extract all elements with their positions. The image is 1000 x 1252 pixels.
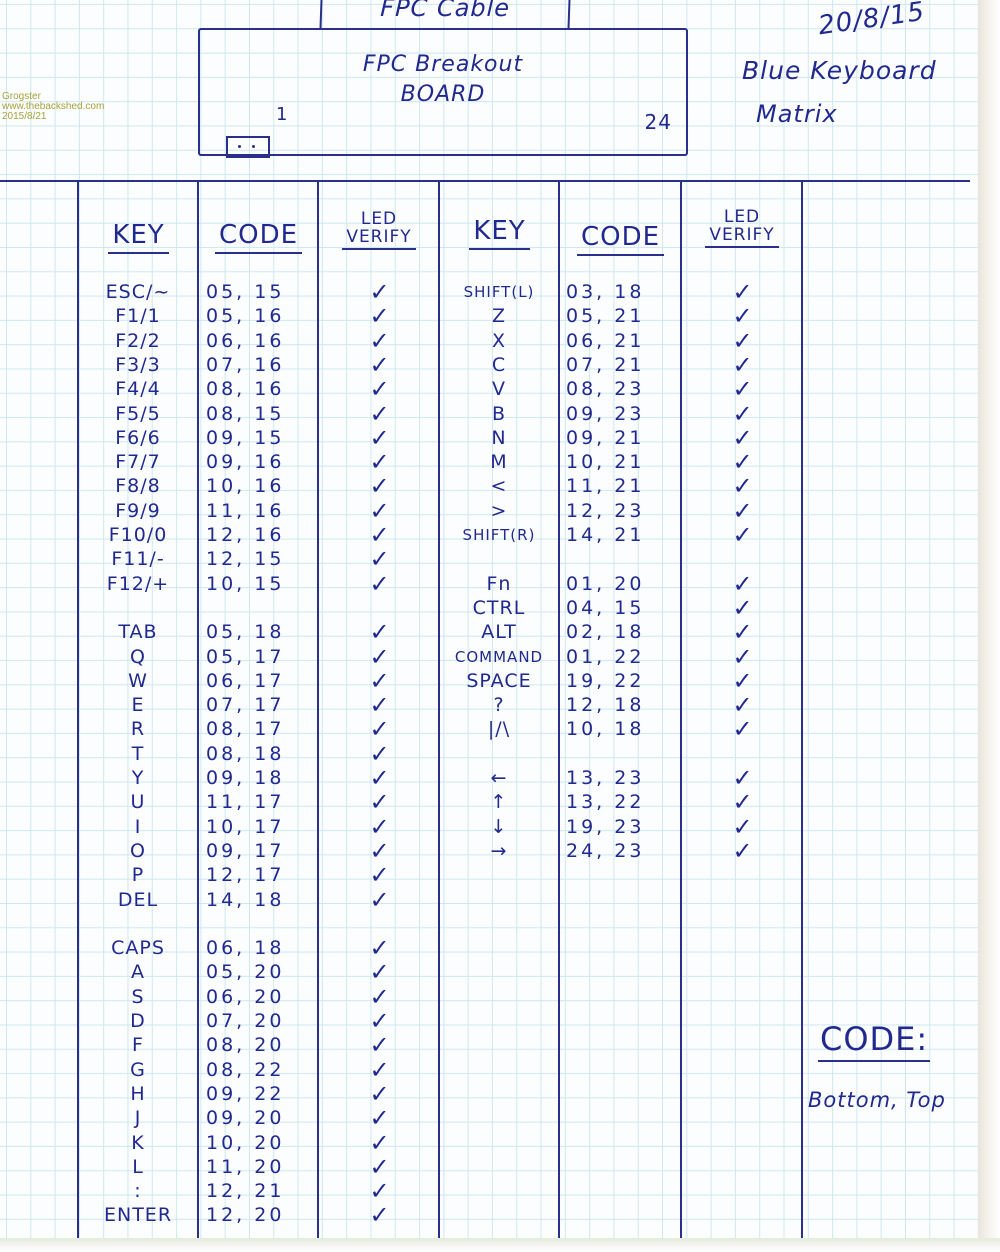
key-cell: DEL [82,888,194,912]
key-cell: F5/5 [82,402,194,426]
checkmark-icon: ✓ [322,402,438,426]
key-cell: ↑ [443,790,555,814]
code-cell: 04, 15 [566,596,644,620]
connector-icon [226,136,270,158]
code-cell: 12, 17 [206,863,284,887]
code-cell: 05, 18 [206,620,284,644]
key-cell: SHIFT(R) [443,523,555,547]
key-cell: A [82,960,194,984]
key-cell: I [82,815,194,839]
header-text: VERIFY [705,226,778,248]
checkmark-icon: ✓ [322,1179,438,1203]
code-cell: 09, 20 [206,1106,284,1130]
code-cell: 09, 21 [566,426,644,450]
code-cell: 11, 16 [206,499,284,523]
key-cell: : [82,1179,194,1203]
code-cell: 07, 20 [206,1009,284,1033]
key-cell: F12/+ [82,572,194,596]
key-cell: B [443,402,555,426]
checkmark-icon: ✓ [684,329,802,353]
code-cell: 11, 20 [206,1155,284,1179]
key-cell: > [443,499,555,523]
watermark: Grogster www.thebackshed.com 2015/8/21 [2,92,104,122]
code-cell: 08, 17 [206,717,284,741]
code-cell: 12, 21 [206,1179,284,1203]
code-cell: 09, 23 [566,402,644,426]
key-cell: F8/8 [82,474,194,498]
code-cell: 05, 21 [566,304,644,328]
key-cell: F11/- [82,547,194,571]
checkmark-icon: ✓ [684,402,802,426]
key-cell: CTRL [443,596,555,620]
checkmark-icon: ✓ [322,1082,438,1106]
right-code-header: CODE [561,222,680,256]
checkmark-icon: ✓ [322,280,438,304]
key-cell: COMMAND [443,645,555,669]
checkmark-icon: ✓ [322,523,438,547]
key-cell: D [82,1009,194,1033]
key-cell: ← [443,766,555,790]
code-cell: 05, 17 [206,645,284,669]
checkmark-icon: ✓ [322,353,438,377]
checkmark-icon: ✓ [322,863,438,887]
code-cell: 12, 16 [206,523,284,547]
checkmark-icon: ✓ [322,1009,438,1033]
paper-edge-bottom [0,1238,1000,1252]
code-cell: 10, 16 [206,474,284,498]
key-cell: F6/6 [82,426,194,450]
code-cell: 12, 18 [566,693,644,717]
checkmark-icon: ✓ [684,839,802,863]
key-cell: |/\ [443,717,555,741]
code-cell: 06, 20 [206,985,284,1009]
checkmark-icon: ✓ [322,304,438,328]
column-divider [438,182,440,1238]
key-cell: Fn [443,572,555,596]
pin-last-label: 24 [645,110,672,134]
checkmark-icon: ✓ [684,620,802,644]
key-cell: W [82,669,194,693]
code-cell: 06, 21 [566,329,644,353]
breakout-board-label: FPC Breakout BOARD [200,50,686,110]
key-cell: ↓ [443,815,555,839]
key-cell: H [82,1082,194,1106]
header-text: VERIFY [342,228,415,250]
code-cell: 06, 18 [206,936,284,960]
checkmark-icon: ✓ [322,1106,438,1130]
checkmark-icon: ✓ [684,499,802,523]
key-cell: F3/3 [82,353,194,377]
checkmark-icon: ✓ [322,645,438,669]
key-cell: F [82,1033,194,1057]
header-text: LED [320,210,438,228]
board-label-line1: FPC Breakout [200,50,686,80]
key-cell: C [443,353,555,377]
key-cell: SPACE [443,669,555,693]
checkmark-icon: ✓ [322,766,438,790]
key-cell: → [443,839,555,863]
key-cell: ENTER [82,1203,194,1227]
column-divider [77,182,79,1238]
code-cell: 13, 22 [566,790,644,814]
code-cell: 10, 21 [566,450,644,474]
legend-title: CODE: [818,1020,930,1062]
code-cell: 06, 17 [206,669,284,693]
code-cell: 10, 20 [206,1131,284,1155]
checkmark-icon: ✓ [322,936,438,960]
right-key-header: KEY [441,216,558,250]
code-cell: 09, 18 [206,766,284,790]
checkmark-icon: ✓ [322,693,438,717]
code-cell: 12, 20 [206,1203,284,1227]
note-subtitle: Matrix [756,100,838,128]
key-cell: F7/7 [82,450,194,474]
key-cell: CAPS [82,936,194,960]
checkmark-icon: ✓ [322,839,438,863]
checkmark-icon: ✓ [322,547,438,571]
key-cell: F1/1 [82,304,194,328]
checkmark-icon: ✓ [684,450,802,474]
code-cell: 14, 21 [566,523,644,547]
checkmark-icon: ✓ [322,669,438,693]
code-cell: 12, 23 [566,499,644,523]
code-cell: 09, 15 [206,426,284,450]
checkmark-icon: ✓ [322,717,438,741]
checkmark-icon: ✓ [322,1155,438,1179]
checkmark-icon: ✓ [322,377,438,401]
header-text: KEY [108,220,168,254]
checkmark-icon: ✓ [322,426,438,450]
right-led-header: LED VERIFY [683,208,801,248]
code-cell: 08, 23 [566,377,644,401]
code-cell: 01, 20 [566,572,644,596]
checkmark-icon: ✓ [322,742,438,766]
checkmark-icon: ✓ [322,1033,438,1057]
checkmark-icon: ✓ [322,1203,438,1227]
code-cell: 07, 16 [206,353,284,377]
key-cell: ? [443,693,555,717]
header-text: KEY [469,216,529,250]
column-divider [197,182,199,1238]
checkmark-icon: ✓ [684,596,802,620]
key-cell: ESC/~ [82,280,194,304]
header-text: LED [683,208,801,226]
code-cell: 09, 17 [206,839,284,863]
key-cell: Y [82,766,194,790]
key-cell: N [443,426,555,450]
code-cell: 24, 23 [566,839,644,863]
key-cell: P [82,863,194,887]
checkmark-icon: ✓ [322,474,438,498]
legend-text: Bottom, Top [808,1088,946,1112]
code-cell: 08, 18 [206,742,284,766]
header-text: CODE [215,220,302,254]
column-divider [558,182,560,1238]
code-cell: 01, 22 [566,645,644,669]
checkmark-icon: ✓ [322,1131,438,1155]
code-cell: 05, 20 [206,960,284,984]
key-cell: G [82,1058,194,1082]
key-cell: V [443,377,555,401]
key-cell: X [443,329,555,353]
checkmark-icon: ✓ [684,474,802,498]
checkmark-icon: ✓ [322,960,438,984]
checkmark-icon: ✓ [684,766,802,790]
fpc-cable-sketch: FPC Cable [319,0,570,30]
key-cell: M [443,450,555,474]
left-key-header: KEY [80,220,197,254]
key-cell: F2/2 [82,329,194,353]
code-cell: 10, 17 [206,815,284,839]
checkmark-icon: ✓ [322,1058,438,1082]
code-cell: 08, 20 [206,1033,284,1057]
checkmark-icon: ✓ [322,620,438,644]
checkmark-icon: ✓ [684,693,802,717]
key-cell: SHIFT(L) [443,280,555,304]
column-divider [680,182,682,1238]
checkmark-icon: ✓ [684,304,802,328]
key-cell: J [82,1106,194,1130]
key-cell: U [82,790,194,814]
checkmark-icon: ✓ [322,790,438,814]
pin-first-label: 1 [276,104,288,125]
checkmark-icon: ✓ [322,450,438,474]
checkmark-icon: ✓ [684,669,802,693]
checkmark-icon: ✓ [322,572,438,596]
checkmark-icon: ✓ [684,353,802,377]
code-cell: 07, 17 [206,693,284,717]
code-cell: 05, 16 [206,304,284,328]
code-cell: 02, 18 [566,620,644,644]
breakout-board-sketch: FPC Breakout BOARD 1 24 [198,28,688,156]
code-cell: 05, 15 [206,280,284,304]
checkmark-icon: ✓ [684,523,802,547]
code-cell: 08, 16 [206,377,284,401]
checkmark-icon: ✓ [322,329,438,353]
table-top-rule [0,180,970,182]
key-cell: K [82,1131,194,1155]
column-divider [317,182,319,1238]
key-cell: O [82,839,194,863]
code-cell: 09, 16 [206,450,284,474]
code-cell: 08, 15 [206,402,284,426]
key-cell: Z [443,304,555,328]
watermark-date: 2015/8/21 [2,112,104,122]
checkmark-icon: ✓ [684,426,802,450]
code-cell: 07, 21 [566,353,644,377]
checkmark-icon: ✓ [322,985,438,1009]
key-cell: F4/4 [82,377,194,401]
key-cell: E [82,693,194,717]
code-cell: 10, 18 [566,717,644,741]
key-cell: T [82,742,194,766]
checkmark-icon: ✓ [684,572,802,596]
key-cell: F9/9 [82,499,194,523]
fpc-cable-label: FPC Cable [322,0,569,22]
code-cell: 13, 23 [566,766,644,790]
code-cell: 03, 18 [566,280,644,304]
key-cell: R [82,717,194,741]
checkmark-icon: ✓ [684,280,802,304]
key-cell: Q [82,645,194,669]
code-cell: 11, 17 [206,790,284,814]
code-cell: 10, 15 [206,572,284,596]
checkmark-icon: ✓ [684,717,802,741]
key-cell: < [443,474,555,498]
board-label-line2: BOARD [200,80,686,110]
header-text: CODE [577,222,664,256]
paper-edge [978,0,1000,1252]
checkmark-icon: ✓ [684,815,802,839]
checkmark-icon: ✓ [684,790,802,814]
left-code-header: CODE [200,220,317,254]
code-cell: 06, 16 [206,329,284,353]
key-cell: S [82,985,194,1009]
checkmark-icon: ✓ [322,815,438,839]
code-cell: 09, 22 [206,1082,284,1106]
checkmark-icon: ✓ [322,888,438,912]
key-cell: L [82,1155,194,1179]
code-cell: 19, 23 [566,815,644,839]
key-cell: TAB [82,620,194,644]
checkmark-icon: ✓ [684,377,802,401]
code-cell: 08, 22 [206,1058,284,1082]
key-cell: F10/0 [82,523,194,547]
code-cell: 11, 21 [566,474,644,498]
checkmark-icon: ✓ [684,645,802,669]
checkmark-icon: ✓ [322,499,438,523]
code-cell: 14, 18 [206,888,284,912]
code-cell: 19, 22 [566,669,644,693]
left-led-header: LED VERIFY [320,210,438,250]
code-cell: 12, 15 [206,547,284,571]
note-title: Blue Keyboard [742,56,937,85]
key-cell: ALT [443,620,555,644]
